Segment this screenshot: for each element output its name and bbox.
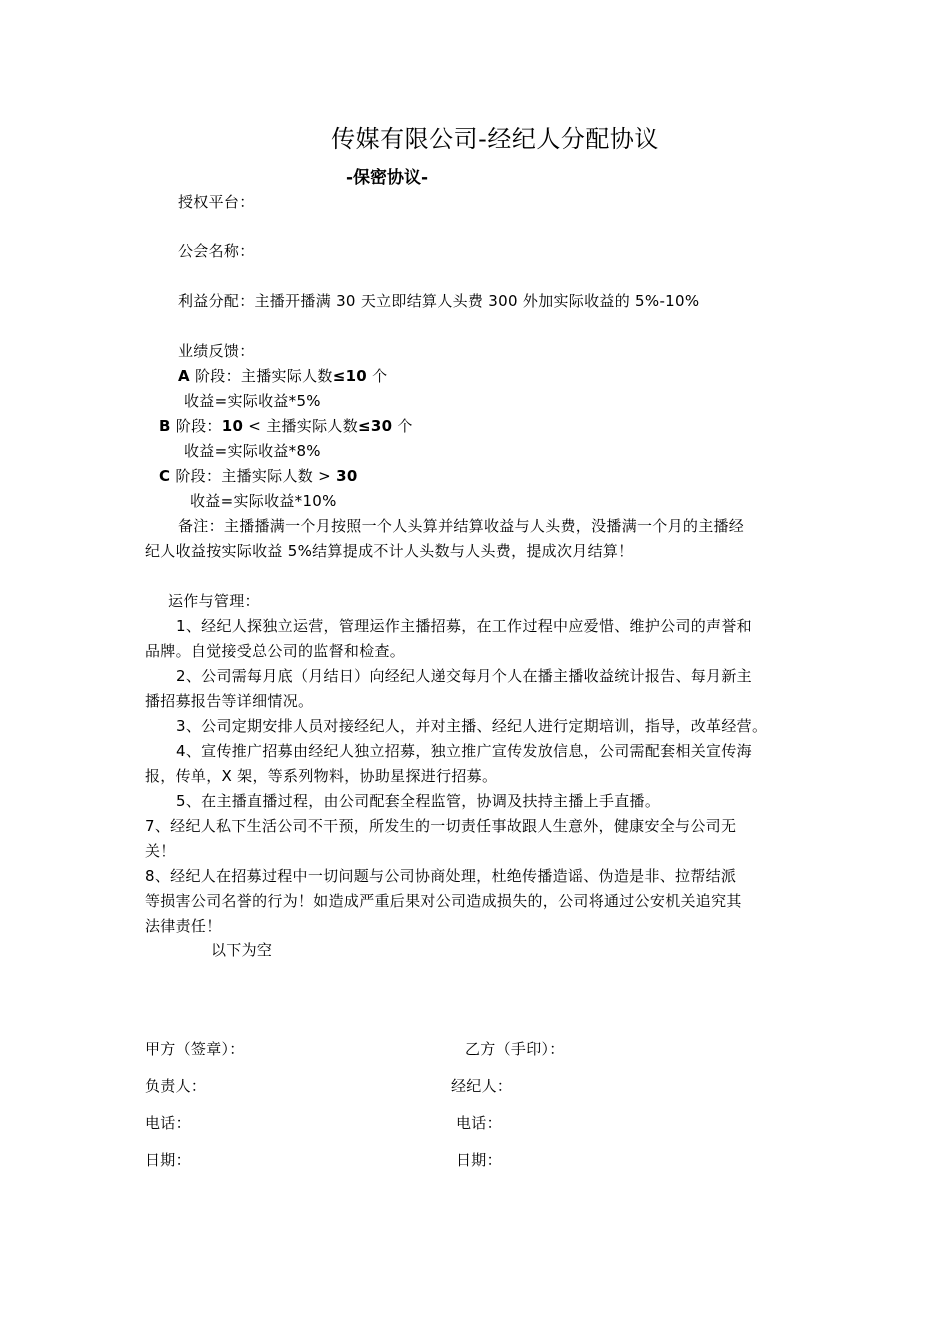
stage-c-income: 收益=实际收益*10% bbox=[190, 489, 337, 514]
performance-heading: 业绩反馈： bbox=[178, 339, 255, 364]
ops-item-5-line-1: 5、在主播直播过程，由公司配套全程监管，协调及扶持主播上手直播。 bbox=[176, 789, 660, 814]
stage-b-unit: 个 bbox=[392, 417, 412, 435]
stage-c-label: C bbox=[159, 467, 170, 485]
stage-b-line: B 阶段：10 < 主播实际人数≤30 个 bbox=[159, 414, 413, 439]
document-subtitle: -保密协议- bbox=[346, 166, 428, 190]
party-b-person: 经纪人： bbox=[451, 1074, 512, 1099]
field-profit-share: 利益分配：主播开播满 30 天立即结算人头费 300 外加实际收益的 5%-10… bbox=[178, 289, 699, 314]
stage-b-income: 收益=实际收益*8% bbox=[184, 439, 321, 464]
ops-item-3-line-1: 3、公司定期安排人员对接经纪人，并对主播、经纪人进行定期培训，指导，改革经营。 bbox=[176, 714, 767, 739]
ops-item-4-line-1: 4、宣传推广招募由经纪人独立招募，独立推广宣传发放信息，公司需配套相关宣传海 bbox=[176, 739, 752, 764]
note-line-2: 纪人收益按实际收益 5%结算提成不计人头数与人头费，提成次月结算！ bbox=[145, 539, 633, 564]
party-b-date: 日期： bbox=[456, 1148, 502, 1173]
party-a-person: 负责人： bbox=[145, 1074, 206, 1099]
stage-c-text: 阶段：主播实际人数 > bbox=[170, 467, 336, 485]
stage-a-line: A 阶段：主播实际人数≤10 个 bbox=[178, 364, 387, 389]
party-a-phone: 电话： bbox=[145, 1111, 191, 1136]
ops-item-8-line-2: 等损害公司名誉的行为！如造成严重后果对公司造成损失的，公司将通过公安机关追究其 bbox=[145, 889, 742, 914]
document-title: 传媒有限公司-经纪人分配协议 bbox=[0, 122, 950, 156]
field-platform: 授权平台： bbox=[178, 190, 255, 215]
stage-a-unit: 个 bbox=[367, 367, 387, 385]
note-line-1: 备注：主播播满一个月按照一个人头算并结算收益与人头费，没播满一个月的主播经 bbox=[178, 514, 744, 539]
stage-b-text: 阶段： bbox=[171, 417, 222, 435]
ops-item-1-line-2: 品牌。自觉接受总公司的监督和检查。 bbox=[145, 639, 405, 664]
stage-c-condition: 30 bbox=[336, 467, 357, 485]
operations-heading: 运作与管理： bbox=[168, 589, 260, 614]
stage-a-condition: ≤10 bbox=[333, 367, 367, 385]
stage-c-line: C 阶段：主播实际人数 > 30 bbox=[159, 464, 358, 489]
ops-item-8-line-1: 8、经纪人在招募过程中一切问题与公司协商处理，杜绝传播造谣、伪造是非、拉帮结派 bbox=[145, 864, 736, 889]
field-guild-name: 公会名称： bbox=[178, 239, 255, 264]
stage-b-condition-high: ≤30 bbox=[358, 417, 392, 435]
party-b-title: 乙方（手印）： bbox=[465, 1037, 565, 1062]
ops-item-1-line-1: 1、经纪人探独立运营，管理运作主播招募，在工作过程中应爱惜、维护公司的声誉和 bbox=[176, 614, 752, 639]
stage-a-text: 阶段：主播实际人数 bbox=[190, 367, 333, 385]
stage-b-condition-low: 10 bbox=[222, 417, 243, 435]
ops-item-7-line-2: 关！ bbox=[145, 839, 176, 864]
party-a-title: 甲方（签章）： bbox=[145, 1037, 245, 1062]
end-note: 以下为空 bbox=[211, 938, 272, 963]
stage-a-label: A bbox=[178, 367, 190, 385]
ops-item-2-line-2: 播招募报告等详细情况。 bbox=[145, 689, 313, 714]
party-a-date: 日期： bbox=[145, 1148, 191, 1173]
stage-a-income: 收益=实际收益*5% bbox=[184, 389, 321, 414]
ops-item-7-line-1: 7、经纪人私下生活公司不干预，所发生的一切责任事故跟人生意外，健康安全与公司无 bbox=[145, 814, 736, 839]
party-b-phone: 电话： bbox=[456, 1111, 502, 1136]
stage-b-condition-mid: < 主播实际人数 bbox=[243, 417, 358, 435]
ops-item-2-line-1: 2、公司需每月底（月结日）向经纪人递交每月个人在播主播收益统计报告、每月新主 bbox=[176, 664, 752, 689]
stage-b-label: B bbox=[159, 417, 171, 435]
document-page: 传媒有限公司-经纪人分配协议 -保密协议- 授权平台： 公会名称： 利益分配：主… bbox=[0, 0, 950, 1344]
ops-item-8-line-3: 法律责任！ bbox=[145, 914, 222, 939]
ops-item-4-line-2: 报，传单，X 架，等系列物料，协助星探进行招募。 bbox=[145, 764, 497, 789]
